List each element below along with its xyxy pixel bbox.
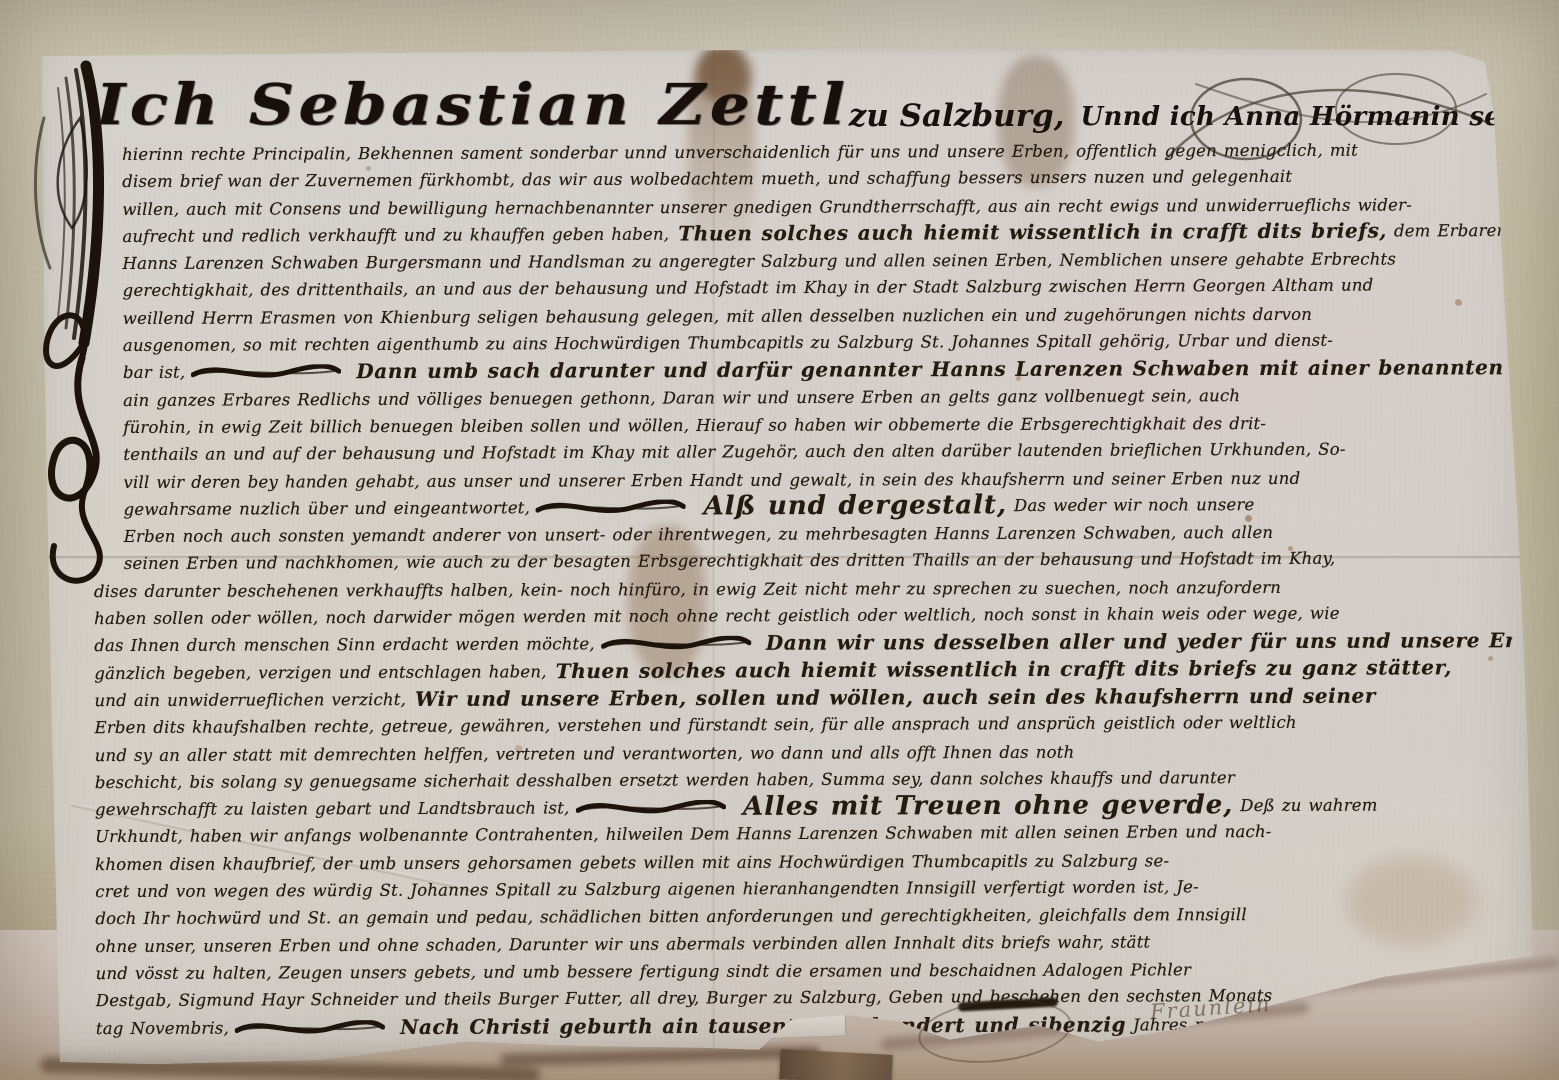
- manuscript-line: bar ist, Dann umb sach darunter und darf…: [123, 354, 1511, 386]
- line-segment: dises darunter beschehenen verkhauffts h…: [94, 578, 1281, 601]
- seal-tag-strip: [779, 1049, 892, 1080]
- manuscript-line: und sy an aller statt mit demrechten hel…: [95, 737, 1513, 769]
- line-segment: gänzlich begeben, verzigen und entschlag…: [94, 662, 546, 683]
- line-segment: vill wir deren bey handen gehabt, aus un…: [123, 468, 1300, 491]
- manuscript-line: Erben noch auch sonsten yemandt anderer …: [124, 518, 1512, 550]
- manuscript-text: hierinn rechte Principalin, Bekhennen sa…: [92, 135, 1514, 1059]
- line-segment: wo dann und alls offt Ihnen das noth: [743, 742, 1074, 762]
- swash-flourish-icon: [575, 797, 725, 814]
- line-segment: seinen Erben und nachkhomen, wie auch zu…: [124, 549, 1336, 573]
- swash-flourish-icon: [536, 496, 686, 513]
- swash-flourish-icon: [601, 633, 751, 650]
- line-segment: Urkhundt, haben wir anfangs wolbenannte …: [95, 822, 1272, 846]
- line-segment: tenthails an und auf der behausung und H…: [123, 440, 1345, 464]
- line-segment: Erben dits khaufshalben rechte, getreue,…: [95, 713, 1297, 737]
- heading-place: zu Salzburg,: [849, 98, 1065, 138]
- line-segment: Das weder wir noch unsere: [1007, 495, 1255, 515]
- swash-flourish-icon: [191, 362, 341, 379]
- line-segment: khomen disen khaufbrief, der umb unsers …: [95, 851, 1169, 874]
- manuscript-line: doch Ihr hochwürd und St. an gemain und …: [95, 900, 1513, 932]
- line-segment: cret und von wegen des würdig St. Johann…: [95, 877, 1199, 901]
- heading-flourish-icon: [1156, 64, 1496, 184]
- line-segment: Summa sey, dann solches khauffs und daru…: [814, 768, 1235, 789]
- manuscript-line: willen, auch mit Consens und bewilligung…: [122, 191, 1510, 223]
- manuscript-line: khomen disen khaufbrief, der umb unsers …: [95, 846, 1513, 878]
- line-segment: und vösst zu halten, Zeugen unsers gebet…: [96, 960, 1192, 983]
- line-segment: und ain unwiderrueflichen verzicht,: [94, 690, 406, 710]
- line-segment: und sy an aller statt mit demrechten hel…: [95, 743, 743, 764]
- line-segment: ain ganzes Erbares Redlichs und völliges…: [123, 386, 1240, 410]
- heading-name: Ich Sebastian Zettl: [96, 72, 849, 138]
- line-segment: Thuen solches auch hiemit wissentlich in…: [669, 218, 1387, 245]
- line-segment: Erben noch auch sonsten yemandt anderer …: [124, 523, 1274, 546]
- emphasized-phrase: Alß und dergestalt,: [692, 490, 1007, 521]
- manuscript-line: Hanns Larenzen Schwaben Burgersmann und …: [122, 245, 1510, 277]
- line-segment: Wir und unsere Erben, sollen und wöllen,…: [406, 684, 1376, 711]
- line-segment: Deß zu wahrem: [1233, 796, 1377, 816]
- line-segment: tag Novembris,: [96, 1018, 229, 1037]
- manuscript-line: und vösst zu halten, Zeugen unsers gebet…: [96, 955, 1514, 987]
- line-segment: gerechtigkhait, des drittenthails, an un…: [123, 276, 1374, 300]
- manuscript-line: das Ihnen durch menschen Sinn erdacht we…: [94, 627, 1512, 659]
- line-segment: Hanns Larenzen Schwaben Burgersmann und …: [123, 250, 1397, 273]
- manuscript-line: fürohin, in ewig Zeit billich benuegen b…: [123, 409, 1511, 441]
- line-segment: gewahrsame nuzlich über und eingeantwort…: [124, 498, 531, 519]
- line-segment: aufrecht und redlich verkhaufft und zu k…: [122, 224, 669, 245]
- manuscript-line: dises darunter beschehenen verkhauffts h…: [94, 573, 1512, 605]
- manuscript-line: vill wir deren bey handen gehabt, aus un…: [123, 464, 1511, 496]
- line-segment: beschicht, bis solang sy genuegsame sich…: [95, 770, 815, 792]
- line-segment: ausgenomen, so mit rechten aigenthumb zu…: [123, 331, 1333, 355]
- charter-sheet: Ich Sebastian Zettl zu Salzburg, Unnd ic…: [36, 46, 1536, 1066]
- line-segment: ohne unser, unseren Erben und ohne schad…: [95, 935, 502, 956]
- line-segment: disem brief wan der Zuvernemen fürkhombt…: [122, 167, 1292, 191]
- line-segment: doch Ihr hochwürd und St. an gemain und …: [95, 905, 1247, 928]
- emphasized-phrase: Alles mit Treuen ohne geverde,: [731, 790, 1233, 822]
- line-segment: Darunter wir uns abermals verbinden alle…: [502, 932, 1150, 954]
- line-segment: willen, auch mit Consens und bewilligung…: [122, 195, 1412, 219]
- line-segment: Dann wir uns desselben aller und yeder f…: [757, 628, 1514, 655]
- swash-flourish-icon: [235, 1017, 385, 1034]
- line-segment: fürohin, in ewig Zeit billich benuegen b…: [123, 414, 1266, 437]
- line-segment: haben sollen oder wöllen, noch darwider …: [94, 604, 1340, 628]
- line-segment: gewehrschafft zu laisten gebart und Land…: [95, 799, 570, 820]
- photograph-of-parchment-charter: { "colors":{ "backing":"#c6c0ab", "parch…: [0, 0, 1559, 1080]
- line-segment: das Ihnen durch menschen Sinn erdacht we…: [94, 635, 595, 656]
- manuscript-line: und ain unwiderrueflichen verzicht, Wir …: [94, 682, 1512, 714]
- line-segment: Dann umb sach darunter und darfür genann…: [347, 355, 1514, 384]
- line-segment: Destgab, Sigmund Hayr Schneider und thei…: [96, 986, 1273, 1010]
- calligraphic-initial-flourish-icon: [24, 58, 134, 588]
- manuscript-line: gewehrschafft zu laisten gebart und Land…: [95, 791, 1513, 823]
- line-segment: weillend Herrn Erasmen von Khienburg sel…: [123, 305, 1312, 328]
- line-segment: dem Erbaren und fürnemen: [1387, 220, 1514, 240]
- manuscript-line: weillend Herrn Erasmen von Khienburg sel…: [123, 300, 1511, 332]
- line-segment: Thuen solches auch hiemit wissentlich in…: [547, 655, 1452, 683]
